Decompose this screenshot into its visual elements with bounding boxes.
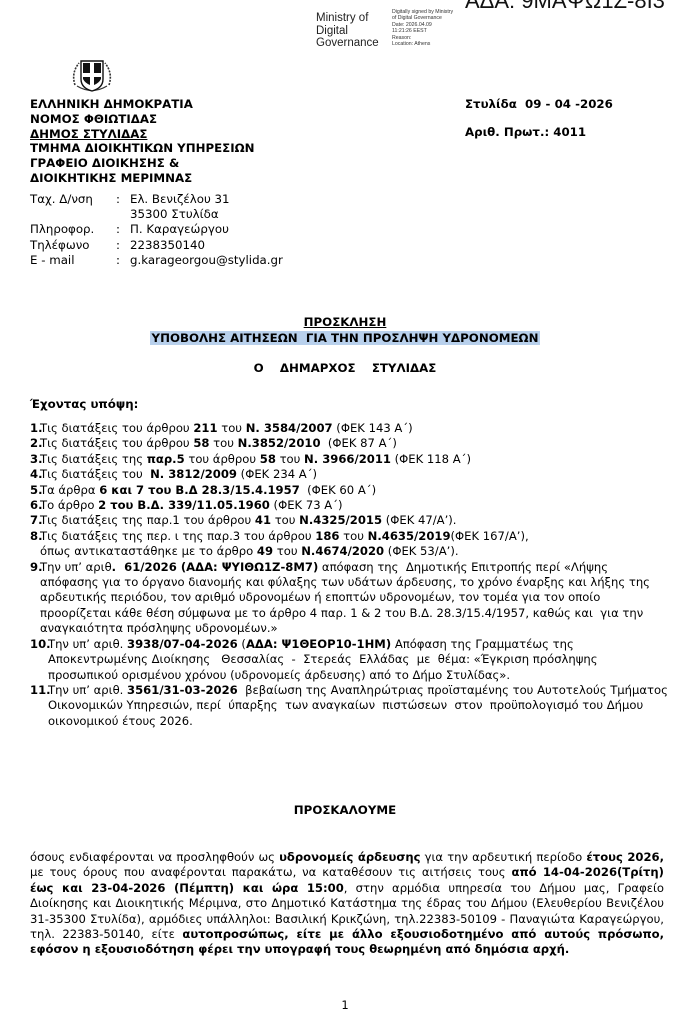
text: Τις διατάξεις του άρθρου bbox=[40, 421, 193, 435]
document-meta: Στυλίδα 09 - 04 -2026 Αριθ. Πρωτ.: 4011 bbox=[465, 97, 613, 139]
text: του bbox=[276, 452, 304, 466]
text: όσους ενδιαφέρονται να προσληφθούν ως bbox=[30, 850, 279, 864]
text: του bbox=[339, 529, 367, 543]
list-item-text: Τις διατάξεις του άρθρου 211 του Ν. 3584… bbox=[40, 421, 670, 436]
bold-text: 6 και 7 του Β.Δ 28.3/15.4.1957 bbox=[99, 483, 300, 497]
text: Τις διατάξεις της παρ.1 του άρθρου bbox=[40, 513, 255, 527]
bold-text: 211 bbox=[193, 421, 217, 435]
ada-number: ΑΔΑ: 9ΜΑΨΩ1Ζ-8Ι3 bbox=[465, 0, 665, 14]
info-label: Πληροφορ. bbox=[30, 222, 116, 237]
email-value: g.karageorgou@stylida.gr bbox=[130, 253, 283, 268]
list-item-text: Τις διατάξεις του Ν. 3812/2009 (ΦΕΚ 234 … bbox=[40, 467, 670, 482]
list-item-number: 1. bbox=[30, 421, 40, 436]
list-item-text: Τις διατάξεις της περ. ι της παρ.3 του ά… bbox=[40, 529, 670, 560]
list-item: 4.Τις διατάξεις του Ν. 3812/2009 (ΦΕΚ 23… bbox=[30, 467, 670, 482]
issuer-line: ΝΟΜΟΣ ΦΘΙΩΤΙΔΑΣ bbox=[30, 112, 255, 127]
list-item-text: Την υπ’ αριθ. 3561/31-03-2026 βεβαίωση τ… bbox=[48, 683, 670, 729]
invite-heading: ΠΡΟΣΚΑΛΟΥΜΕ bbox=[0, 803, 690, 817]
bold-text: υδρονομείς άρδευσης bbox=[279, 850, 420, 864]
mayor-heading: Ο ΔΗΜΑΡΧΟΣ ΣΤΥΛΙΔΑΣ bbox=[0, 361, 690, 375]
list-item-number: 5. bbox=[30, 483, 40, 498]
list-item-number: 7. bbox=[30, 513, 40, 528]
bold-text: 186 bbox=[315, 529, 339, 543]
bold-text: ΑΔΑ: Ψ1ΘΕΟΡ10-1ΗΜ) bbox=[246, 637, 391, 651]
issuer-line: ΕΛΛΗΝΙΚΗ ΔΗΜΟΚΡΑΤΙΑ bbox=[30, 97, 255, 112]
bold-text: Ν. 3812/2009 bbox=[150, 467, 237, 481]
title-heading: ΠΡΟΣΚΛΗΣΗ bbox=[0, 315, 690, 329]
list-item-number: 11. bbox=[30, 683, 48, 729]
text: (ΦΕΚ 60 Α΄) bbox=[300, 483, 376, 497]
issuer-line: ΤΜΗΜΑ ΔΙΟΙΚΗΤΙΚΩΝ ΥΠΗΡΕΣΙΩΝ bbox=[30, 141, 255, 156]
list-item-text: Την υπ’ αριθ. 3938/07-04-2026 (ΑΔΑ: Ψ1ΘΕ… bbox=[48, 637, 670, 683]
bold-text: 41 bbox=[255, 513, 271, 527]
text: (ΦΕΚ 87 Α΄) bbox=[321, 436, 397, 450]
bold-text: 58 bbox=[193, 436, 209, 450]
bold-text: 2 του Β.Δ. 339/11.05.1960 bbox=[98, 498, 270, 512]
list-item-number: 2. bbox=[30, 436, 40, 451]
email-label: E - mail bbox=[30, 253, 116, 268]
text: του άρθρου bbox=[185, 452, 260, 466]
list-item-number: 10. bbox=[30, 637, 48, 683]
signature-detail-line: Location: Athens bbox=[392, 41, 453, 47]
bold-text: 3938/07-04-2026 bbox=[127, 637, 238, 651]
list-item-number: 4. bbox=[30, 467, 40, 482]
bold-text: Ν.4325/2015 bbox=[299, 513, 382, 527]
signature-details: Digitally signed by Ministry of Digital … bbox=[392, 9, 453, 47]
text: (ΦΕΚ 73 Α΄) bbox=[270, 498, 343, 512]
list-item-text: Τις διατάξεις της παρ.5 του άρθρου 58 το… bbox=[40, 452, 670, 467]
protocol-number: Αριθ. Πρωτ.: 4011 bbox=[465, 125, 613, 139]
text: του bbox=[218, 421, 246, 435]
text: (ΦΕΚ 143 Α΄) bbox=[333, 421, 413, 435]
text: (ΦΕΚ 118 Α΄) bbox=[391, 452, 471, 466]
bold-text: 3561/31-03-2026 bbox=[127, 683, 238, 697]
list-item-number: 3. bbox=[30, 452, 40, 467]
issuer-block: ΕΛΛΗΝΙΚΗ ΔΗΜΟΚΡΑΤΙΑ ΝΟΜΟΣ ΦΘΙΩΤΙΔΑΣ ΔΗΜΟ… bbox=[30, 97, 255, 186]
text: του bbox=[271, 513, 299, 527]
list-item-text: Τις διατάξεις του άρθρου 58 του Ν.3852/2… bbox=[40, 436, 670, 451]
signature-name: Ministry of Digital Governance bbox=[316, 12, 379, 50]
bold-text: Ν.3852/2010 bbox=[238, 436, 321, 450]
date-place: Στυλίδα 09 - 04 -2026 bbox=[465, 97, 613, 111]
bold-text: 49 bbox=[257, 544, 273, 558]
address-value: 35300 Στυλίδα bbox=[130, 207, 219, 222]
bold-text: Ν.4635/2019 bbox=[368, 529, 451, 543]
list-item: 1.Τις διατάξεις του άρθρου 211 του Ν. 35… bbox=[30, 421, 670, 436]
bold-text: Ν. 3966/2011 bbox=[304, 452, 391, 466]
bold-text: έτους 2026, bbox=[586, 850, 664, 864]
list-item: 8.Τις διατάξεις της περ. ι της παρ.3 του… bbox=[30, 529, 670, 560]
text: (ΦΕΚ 234 Α΄) bbox=[237, 467, 317, 481]
list-item-text: Τα άρθρα 6 και 7 του Β.Δ 28.3/15.4.1957 … bbox=[40, 483, 670, 498]
issuer-line: ΔΙΟΙΚΗΤΙΚΗΣ ΜΕΡΙΜΝΑΣ bbox=[30, 171, 255, 186]
signature-name-line: Ministry of bbox=[316, 12, 379, 25]
text: του bbox=[273, 544, 301, 558]
text: Την υπ’ αριθ bbox=[40, 560, 112, 574]
issuer-municipality: ΔΗΜΟΣ ΣΤΥΛΙΔΑΣ bbox=[30, 127, 255, 142]
text: (ΦΕΚ 167/Α’), bbox=[451, 529, 529, 543]
contact-block: Ταχ. Δ/νση:Ελ. Βενιζέλου 31 35300 Στυλίδ… bbox=[30, 192, 283, 268]
text: Την υπ’ αριθ. bbox=[48, 637, 127, 651]
text: όπως αντικαταστάθηκε με το άρθρο bbox=[40, 544, 257, 558]
text: του bbox=[209, 436, 237, 450]
text: (ΦΕΚ 47/Α’). bbox=[382, 513, 456, 527]
address-label: Ταχ. Δ/νση bbox=[30, 192, 116, 207]
title-subheading: ΥΠΟΒΟΛΗΣ ΑΙΤΗΣΕΩΝ ΓΙΑ ΤΗΝ ΠΡΟΣΛΗΨΗ ΥΔΡΟΝ… bbox=[0, 331, 690, 345]
list-item-text: Την υπ’ αριθ. 61/2026 (ΑΔΑ: ΨΥΙΘΩ1Ζ-8Μ7)… bbox=[40, 560, 670, 637]
bold-text: 58 bbox=[260, 452, 276, 466]
text: Την υπ’ αριθ. bbox=[48, 683, 127, 697]
text: Τις διατάξεις της περ. ι της παρ.3 του ά… bbox=[40, 529, 315, 543]
text: Τις διατάξεις του bbox=[40, 467, 150, 481]
phone-label: Τηλέφωνο bbox=[30, 238, 116, 253]
issuer-line: ΓΡΑΦΕΙΟ ΔΙΟΙΚΗΣΗΣ & bbox=[30, 156, 255, 171]
list-item: 2.Τις διατάξεις του άρθρου 58 του Ν.3852… bbox=[30, 436, 670, 451]
list-item-number: 9. bbox=[30, 560, 40, 637]
text: (ΦΕΚ 53/Α’). bbox=[384, 544, 458, 558]
page-number: 1 bbox=[0, 998, 690, 1012]
text: για την αρδευτική περίοδο bbox=[421, 850, 587, 864]
bold-text: Ν.4674/2020 bbox=[301, 544, 384, 558]
considering-heading: Έχοντας υπόψη: bbox=[30, 397, 138, 411]
text: Τα άρθρα bbox=[40, 483, 99, 497]
signature-name-line: Digital bbox=[316, 25, 379, 38]
list-item: 9.Την υπ’ αριθ. 61/2026 (ΑΔΑ: ΨΥΙΘΩ1Ζ-8Μ… bbox=[30, 560, 670, 637]
bold-text: Ν. 3584/2007 bbox=[246, 421, 333, 435]
text: ( bbox=[238, 637, 246, 651]
signature-name-line: Governance bbox=[316, 37, 379, 50]
list-item: 6.Το άρθρο 2 του Β.Δ. 339/11.05.1960 (ΦΕ… bbox=[30, 498, 670, 513]
text: Τις διατάξεις της bbox=[40, 452, 147, 466]
list-item: 11.Την υπ’ αριθ. 3561/31-03-2026 βεβαίωσ… bbox=[30, 683, 670, 729]
text: Τις διατάξεις του άρθρου bbox=[40, 436, 193, 450]
invite-paragraph: όσους ενδιαφέρονται να προσληφθούν ως υδ… bbox=[30, 850, 664, 958]
legal-basis-list: 1.Τις διατάξεις του άρθρου 211 του Ν. 35… bbox=[30, 421, 670, 729]
list-item: 5.Τα άρθρα 6 και 7 του Β.Δ 28.3/15.4.195… bbox=[30, 483, 670, 498]
list-item-number: 8. bbox=[30, 529, 40, 560]
greek-coat-of-arms-icon bbox=[67, 55, 117, 97]
list-item-text: Το άρθρο 2 του Β.Δ. 339/11.05.1960 (ΦΕΚ … bbox=[40, 498, 670, 513]
list-item-text: Τις διατάξεις της παρ.1 του άρθρου 41 το… bbox=[40, 513, 670, 528]
bold-text: . 61/2026 (ΑΔΑ: ΨΥΙΘΩ1Ζ-8Μ7) bbox=[112, 560, 319, 574]
list-item: 10.Την υπ’ αριθ. 3938/07-04-2026 (ΑΔΑ: Ψ… bbox=[30, 637, 670, 683]
list-item: 3.Τις διατάξεις της παρ.5 του άρθρου 58 … bbox=[30, 452, 670, 467]
text: Το άρθρο bbox=[40, 498, 98, 512]
bold-text: παρ.5 bbox=[147, 452, 185, 466]
list-item-number: 6. bbox=[30, 498, 40, 513]
info-value: Π. Καραγεώργου bbox=[130, 222, 229, 237]
phone-value: 2238350140 bbox=[130, 238, 205, 253]
address-value: Ελ. Βενιζέλου 31 bbox=[130, 192, 230, 207]
list-item: 7.Τις διατάξεις της παρ.1 του άρθρου 41 … bbox=[30, 513, 670, 528]
